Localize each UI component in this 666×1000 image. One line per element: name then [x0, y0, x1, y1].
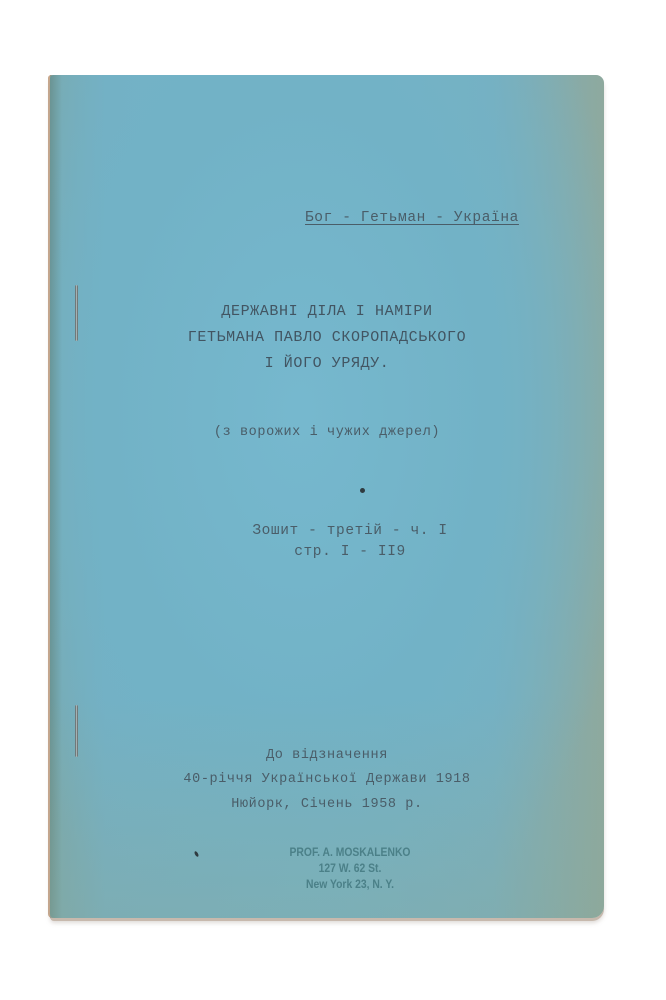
volume-line-1: Зошит - третій - ч. I — [200, 523, 500, 539]
separator-mark — [360, 488, 365, 493]
ink-speck — [194, 851, 200, 858]
title-line-1: ДЕРЖАВНІ ДІЛА І НАМІРИ — [50, 303, 604, 320]
dedication-line-3: Нюйорк, Січень 1958 р. — [50, 797, 604, 812]
stamp-name: PROF. A. MOSKALENKO — [260, 845, 440, 861]
motto: Бог - Гетьман - Україна — [305, 210, 519, 226]
volume-line-2: стр. I - II9 — [200, 544, 500, 560]
dedication-line-2: 40-річчя Української Держави 1918 — [50, 772, 604, 787]
title-line-3: І ЙОГО УРЯДУ. — [50, 355, 604, 372]
dedication-line-1: До відзначення — [50, 748, 604, 763]
title-line-2: ГЕТЬМАНА ПАВЛО СКОРОПАДСЬКОГО — [50, 329, 604, 346]
subtitle: (з ворожих і чужих джерел) — [50, 425, 604, 440]
stamp-city: New York 23, N. Y. — [260, 877, 440, 893]
booklet-cover: Бог - Гетьман - Україна ДЕРЖАВНІ ДІЛА І … — [50, 75, 604, 918]
owner-stamp: PROF. A. MOSKALENKO 127 W. 62 St. New Yo… — [260, 845, 440, 893]
stamp-street: 127 W. 62 St. — [260, 861, 440, 877]
spine-shadow — [50, 75, 62, 918]
